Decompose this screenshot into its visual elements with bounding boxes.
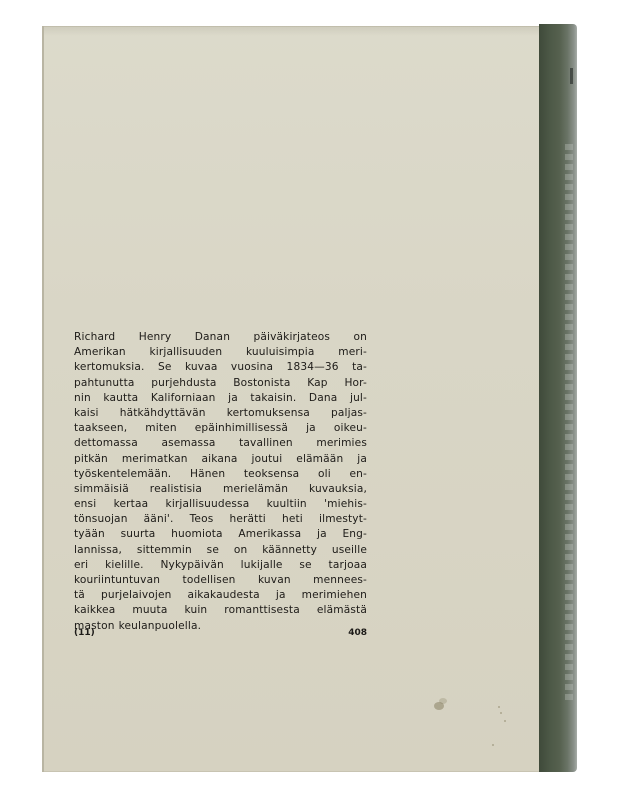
blurb-line: simmäisiä realistisia merielämän kuvauks… [74,482,367,497]
cover-left-edge [42,26,44,772]
blurb-line: tyään suurta huomiota Amerikassa ja Eng- [74,527,367,542]
speck-mark [504,720,506,722]
blurb-line: ensi kertaa kirjallisuudessa kuultiin 'm… [74,497,367,512]
blurb-line: tönsuojan ääni'. Teos herätti heti ilmes… [74,512,367,527]
blurb-line: Amerikan kirjallisuuden kuuluisimpia mer… [74,345,367,360]
blurb-line: nin kautta Kaliforniaan ja takaisin. Dan… [74,391,367,406]
stain-mark [439,698,447,704]
blurb-line: dettomassa asemassa tavallinen merimies [74,436,367,451]
blurb-text: Richard Henry Danan päiväkirjateos on Am… [74,330,367,634]
spine-title-lettering [565,144,573,704]
blurb-line: kaikkea muuta kuin romanttisesta elämäst… [74,603,367,618]
blurb-line: pitkän merimatkan aikana joutui elämään … [74,452,367,467]
blurb-line: kaisi hätkähdyttävän kertomuksensa palja… [74,406,367,421]
blurb-line: pahtunutta purjehdusta Bostonista Kap Ho… [74,376,367,391]
series-number: (11) [74,628,95,638]
catalog-number: 408 [348,628,367,638]
blurb-line: kertomuksia. Se kuvaa vuosina 1834—36 ta… [74,360,367,375]
cover-top-edge [42,26,540,36]
cover-footer: (11) 408 [74,628,367,638]
blurb-line: kouriintuntuvan todellisen kuvan mennees… [74,573,367,588]
speck-mark [492,744,494,746]
blurb-line: tä purjelaivojen aikakaudesta ja merimie… [74,588,367,603]
speck-mark [500,712,502,714]
blurb-line: Richard Henry Danan päiväkirjateos on [74,330,367,345]
spine-letter [570,68,573,84]
speck-mark [498,706,500,708]
blurb-line: työskentelemään. Hänen teoksensa oli en- [74,467,367,482]
blurb-line: lannissa, sittemmin se on käännetty usei… [74,543,367,558]
blurb-line: eri kielille. Nykypäivän lukijalle se ta… [74,558,367,573]
blurb-line: taakseen, miten epäinhimillisessä ja oik… [74,421,367,436]
book-spine [539,24,577,772]
